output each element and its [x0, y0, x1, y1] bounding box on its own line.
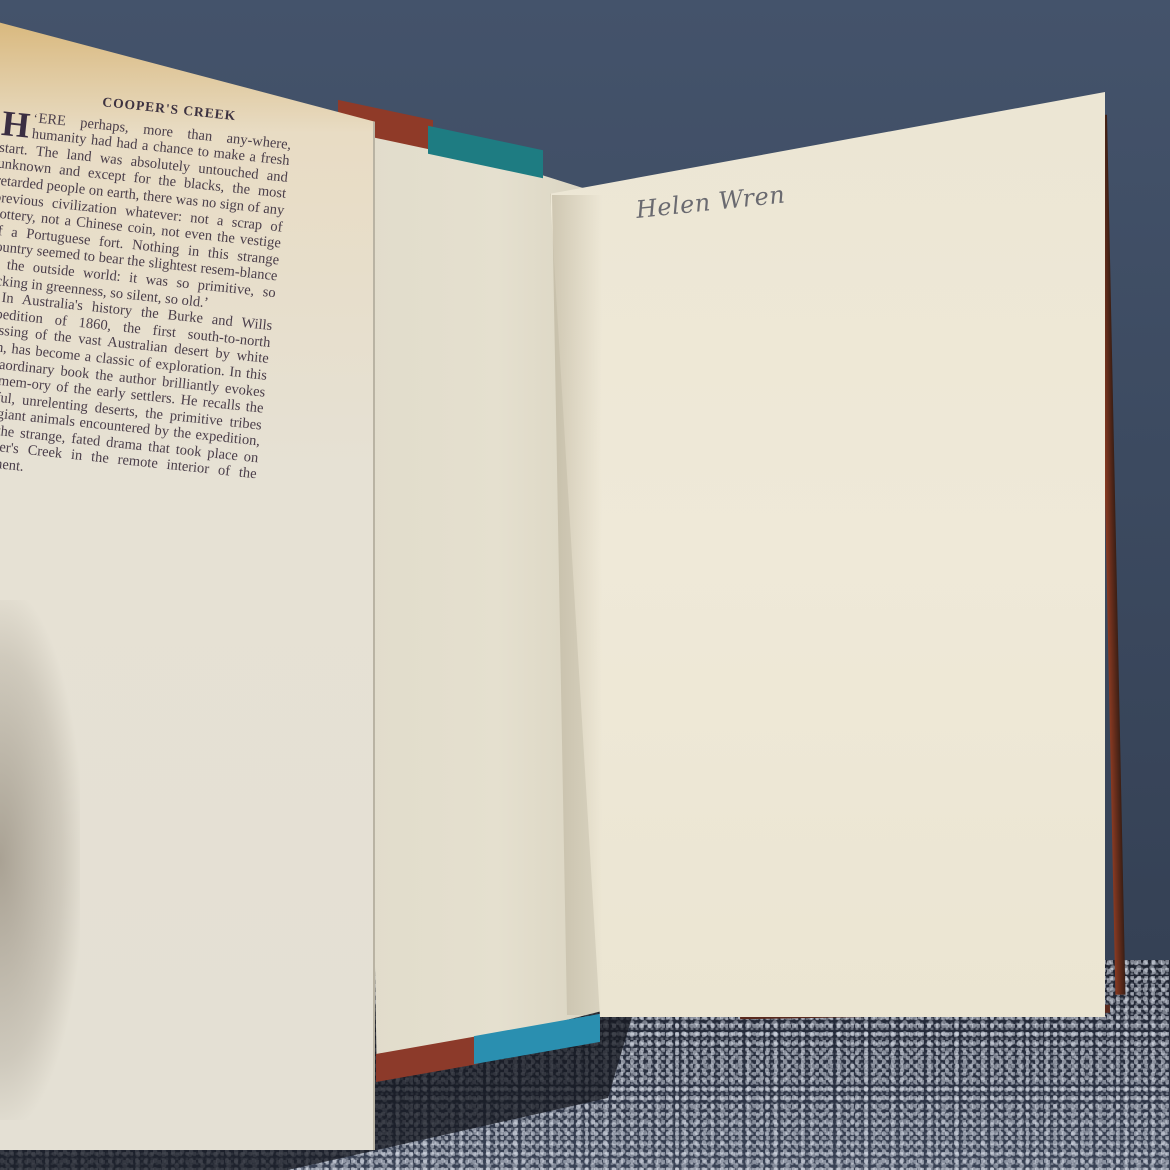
hand-shadow	[0, 600, 80, 1120]
flap-blurb: COOPER'S CREEK ‘HERE perhaps, more than …	[0, 84, 294, 500]
photo-scene: COOPER'S CREEK ‘HERE perhaps, more than …	[0, 0, 1170, 1170]
drop-cap: H	[1, 108, 32, 139]
blurb-quote-paragraph: ‘HERE perhaps, more than any-where, huma…	[0, 106, 292, 318]
front-free-endpaper	[550, 92, 1105, 1017]
blurb-paragraph-1: ERE perhaps, more than any-where, humani…	[0, 110, 292, 311]
blurb-summary-paragraph: In Australia's history the Burke and Wil…	[0, 288, 273, 500]
